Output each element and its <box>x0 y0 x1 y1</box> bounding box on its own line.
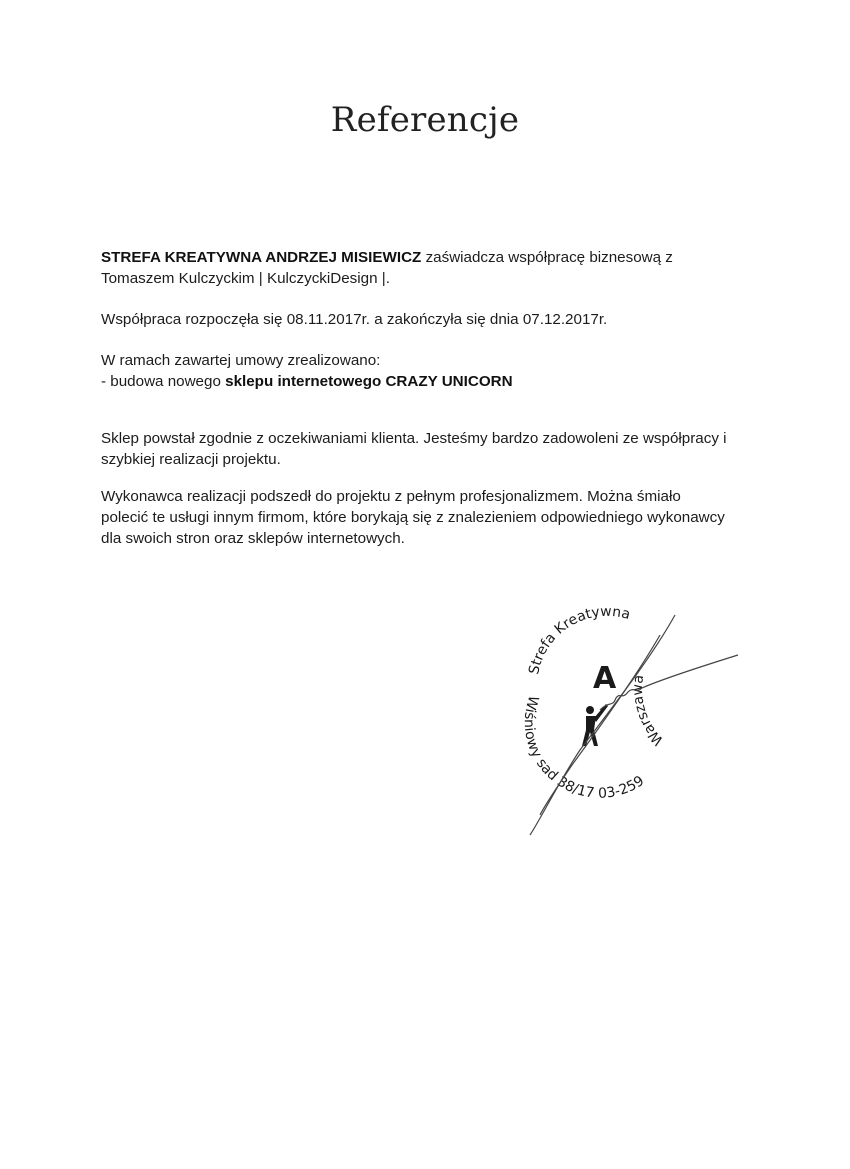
scope-line1: W ramach zawartej umowy zrealizowano: <box>101 350 791 371</box>
satisfaction-line2: szybkiej realizacji projektu. <box>101 449 791 470</box>
paragraph-recommendation: Wykonawca realizacji podszedł do projekt… <box>101 486 791 549</box>
recommendation-line2: polecić te usługi innym firmom, które bo… <box>101 507 791 528</box>
paragraph-scope: W ramach zawartej umowy zrealizowano: - … <box>101 350 791 392</box>
company-name: STREFA KREATYWNA ANDRZEJ MISIEWICZ <box>101 249 421 266</box>
recommendation-line1: Wykonawca realizacji podszedł do projekt… <box>101 486 791 507</box>
signature <box>530 615 738 835</box>
paragraph-dates: Współpraca rozpoczęła się 08.11.2017r. a… <box>101 309 791 330</box>
paragraph-satisfaction: Sklep powstał zgodnie z oczekiwaniami kl… <box>101 428 791 470</box>
intro-text-line1: zaświadcza współpracę biznesową z <box>421 249 673 266</box>
document-title: Referencje <box>0 100 850 140</box>
intro-text-line2: Tomaszem Kulczyckim | KulczyckiDesign |. <box>101 268 791 289</box>
paragraph-intro: STREFA KREATYWNA ANDRZEJ MISIEWICZ zaświ… <box>101 247 791 289</box>
cooperation-dates: Współpraca rozpoczęła się 08.11.2017r. a… <box>101 309 791 330</box>
recommendation-line3: dla swoich stron oraz sklepów internetow… <box>101 528 791 549</box>
stamp-figure-icon <box>582 704 608 746</box>
satisfaction-line1: Sklep powstał zgodnie z oczekiwaniami kl… <box>101 428 791 449</box>
scope-project: sklepu internetowego CRAZY UNICORN <box>225 373 512 390</box>
company-stamp-signature: Strefa Kreatywna Warszawa Wiśniowy sad 3… <box>510 600 770 850</box>
stamp-logo-letter: A <box>593 661 617 696</box>
scope-line2-prefix: - budowa nowego <box>101 373 225 390</box>
